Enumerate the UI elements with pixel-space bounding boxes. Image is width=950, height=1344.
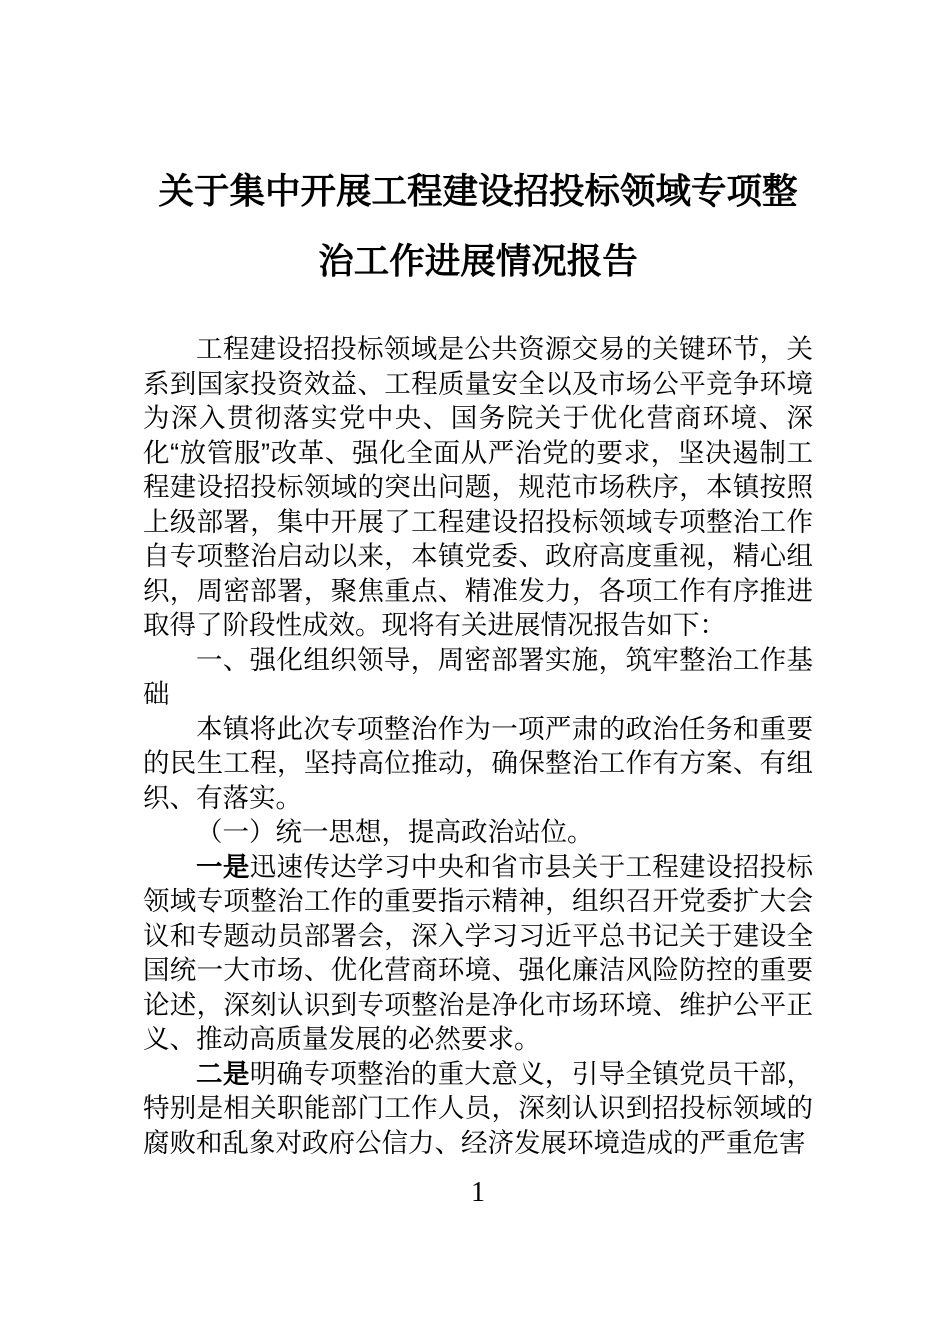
page-footer: 1 [143, 1176, 813, 1210]
paragraph-subsection-heading: （一）统一思想，提高政治站位。 [143, 815, 813, 850]
paragraph-section-body: 本镇将此次专项整治作为一项严肃的政治任务和重要的民生工程，坚持高位推动，确保整治… [143, 712, 813, 816]
document-body: 工程建设招投标领域是公共资源交易的关键环节，关系到国家投资效益、工程质量安全以及… [143, 332, 813, 1160]
document-page: 关于集中开展工程建设招投标领域专项整治工作进展情况报告 工程建设招投标领域是公共… [0, 0, 950, 1344]
paragraph-text: 本镇将此次专项整治作为一项严肃的政治任务和重要的民生工程，坚持高位推动，确保整治… [143, 714, 813, 813]
document-title: 关于集中开展工程建设招投标领域专项整治工作进展情况报告 [143, 156, 813, 296]
paragraph-point-two: 二是明确专项整治的重大意义，引导全镇党员干部，特别是相关职能部门工作人员，深刻认… [143, 1057, 813, 1161]
page-number: 1 [471, 1177, 485, 1208]
paragraph-intro: 工程建设招投标领域是公共资源交易的关键环节，关系到国家投资效益、工程质量安全以及… [143, 332, 813, 643]
paragraph-bold-lead: 一是 [196, 852, 250, 882]
paragraph-text: 工程建设招投标领域是公共资源交易的关键环节，关系到国家投资效益、工程质量安全以及… [143, 334, 813, 640]
paragraph-text: 一、强化组织领导，周密部署实施，筑牢整治工作基础 [143, 645, 813, 710]
paragraph-text: （一）统一思想，提高政治站位。 [196, 817, 594, 847]
paragraph-bold-lead: 二是 [196, 1059, 250, 1089]
paragraph-point-one: 一是迅速传达学习中央和省市县关于工程建设招投标领域专项整治工作的重要指示精神，组… [143, 850, 813, 1057]
paragraph-section-heading-1: 一、强化组织领导，周密部署实施，筑牢整治工作基础 [143, 643, 813, 712]
